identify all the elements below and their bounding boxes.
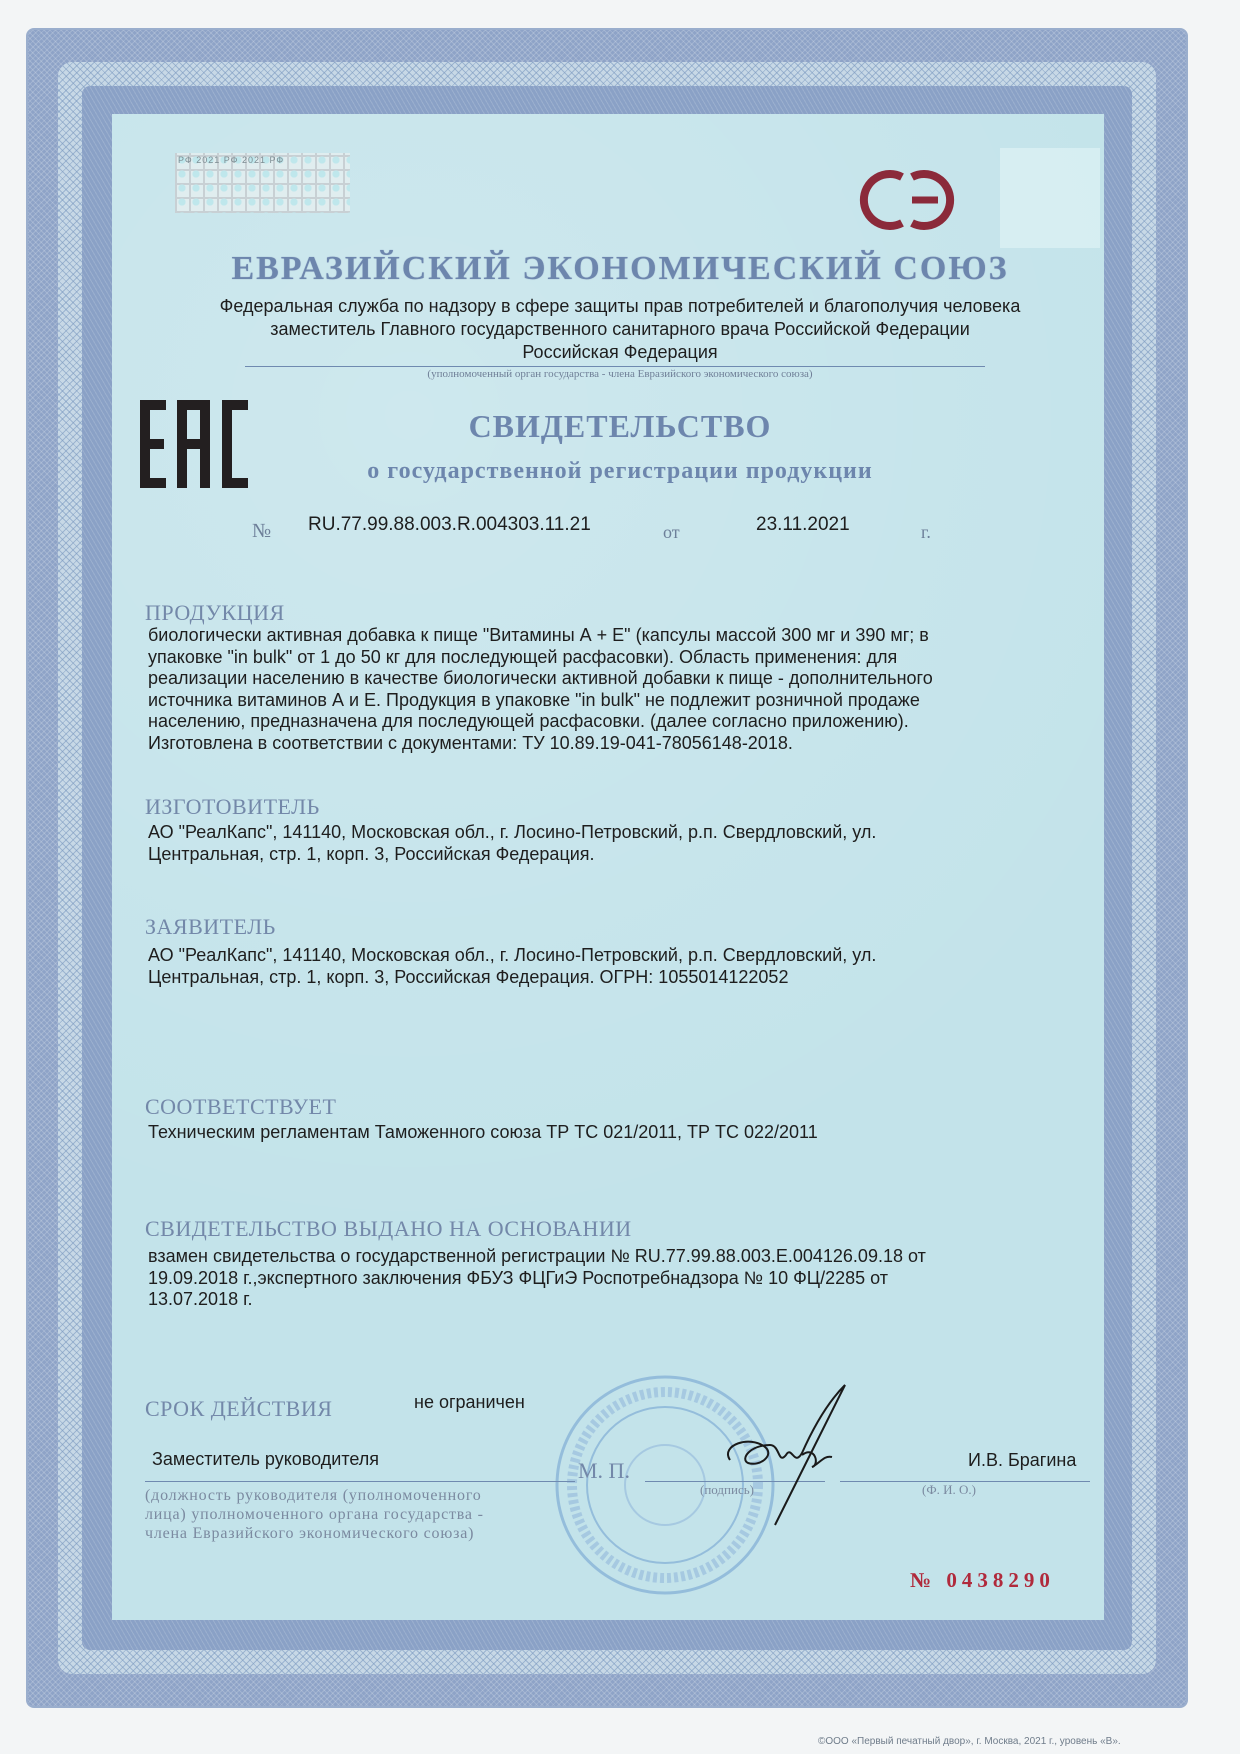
section-body-manufacturer: АО "РеалКапс", 141140, Московская обл., … <box>148 822 1078 865</box>
section-body-complies: Техническим регламентам Таможенного союз… <box>148 1122 1078 1144</box>
year-suffix: г. <box>921 522 931 543</box>
form-serial-number: № 0438290 <box>910 1568 1055 1593</box>
position-caption: (должность руководителя (уполномоченного… <box>145 1486 585 1543</box>
text-line: АО "РеалКапс", 141140, Московская обл., … <box>148 945 1078 967</box>
caption-line: (должность руководителя (уполномоченного <box>145 1486 585 1505</box>
printer-imprint: ©ООО «Первый печатный двор», г. Москва, … <box>818 1736 1121 1747</box>
caption-line: члена Евразийского экономического союза) <box>145 1524 585 1543</box>
position-underline <box>145 1481 575 1482</box>
text-line: АО "РеалКапс", 141140, Московская обл., … <box>148 822 1078 844</box>
authority-line: заместитель Главного государственного са… <box>0 318 1240 341</box>
signature-caption: (подпись) <box>700 1482 754 1498</box>
section-title-complies: СООТВЕТСТВУЕТ <box>145 1094 336 1120</box>
certificate-subtitle: о государственной регистрации продукции <box>0 458 1240 485</box>
text-line: Техническим регламентам Таможенного союз… <box>148 1122 1078 1144</box>
authority-block: Федеральная служба по надзору в сфере за… <box>0 295 1240 364</box>
number-label: № <box>252 520 271 543</box>
text-line: Центральная, стр. 1, корп. 3, Российская… <box>148 844 1078 866</box>
registration-number: RU.77.99.88.003.R.004303.11.21 <box>308 514 591 536</box>
text-line: 19.09.2018 г.,экспертного заключения ФБУ… <box>148 1268 1078 1290</box>
text-line: 13.07.2018 г. <box>148 1289 1078 1311</box>
signer-position: Заместитель руководителя <box>152 1449 379 1470</box>
text-line: Центральная, стр. 1, корп. 3, Российская… <box>148 967 1078 989</box>
section-body-applicant: АО "РеалКапс", 141140, Московская обл., … <box>148 945 1078 988</box>
section-body-product: биологически активная добавка к пище "Ви… <box>148 625 1078 754</box>
hologram-text: РФ 2021 РФ 2021 РФ <box>178 155 284 165</box>
authority-line: Федеральная служба по надзору в сфере за… <box>0 295 1240 318</box>
section-title-validity: СРОК ДЕЙСТВИЯ <box>145 1396 332 1422</box>
section-title-applicant: ЗАЯВИТЕЛЬ <box>145 914 276 940</box>
union-name: ЕВРАЗИЙСКИЙ ЭКОНОМИЧЕСКИЙ СОЮЗ <box>0 250 1240 288</box>
text-line: биологически активная добавка к пище "Ви… <box>148 625 1078 647</box>
handwritten-signature-icon <box>720 1375 860 1535</box>
registration-date: 23.11.2021 <box>756 514 850 536</box>
stamp-place-label: М. П. <box>578 1458 630 1484</box>
certificate-title: СВИДЕТЕЛЬСТВО <box>0 408 1240 445</box>
caption-line: лица) уполномоченного органа государства… <box>145 1505 585 1524</box>
authority-caption: (уполномоченный орган государства - член… <box>0 368 1240 380</box>
authority-divider <box>245 366 985 367</box>
text-line: источника витаминов А и Е. Продукция в у… <box>148 690 1078 712</box>
section-title-basis: СВИДЕТЕЛЬСТВО ВЫДАНО НА ОСНОВАНИИ <box>145 1216 632 1242</box>
se-logo-icon <box>850 165 965 235</box>
section-title-product: ПРОДУКЦИЯ <box>145 600 285 626</box>
signer-name: И.В. Брагина <box>968 1450 1076 1471</box>
text-line: взамен свидетельства о государственной р… <box>148 1246 1078 1268</box>
section-title-manufacturer: ИЗГОТОВИТЕЛЬ <box>145 794 320 820</box>
text-line: населению, предназначена для последующей… <box>148 711 1078 733</box>
watermark-area <box>1000 148 1100 248</box>
section-body-basis: взамен свидетельства о государственной р… <box>148 1246 1078 1311</box>
date-label: от <box>663 522 680 543</box>
validity-value: не ограничен <box>414 1392 525 1413</box>
text-line: Изготовлена в соответствии с документами… <box>148 733 1078 755</box>
text-line: реализации населению в качестве биологич… <box>148 668 1078 690</box>
name-caption: (Ф. И. О.) <box>922 1482 976 1498</box>
text-line: упаковке "in bulk" от 1 до 50 кг для пос… <box>148 647 1078 669</box>
authority-line: Российская Федерация <box>0 341 1240 364</box>
